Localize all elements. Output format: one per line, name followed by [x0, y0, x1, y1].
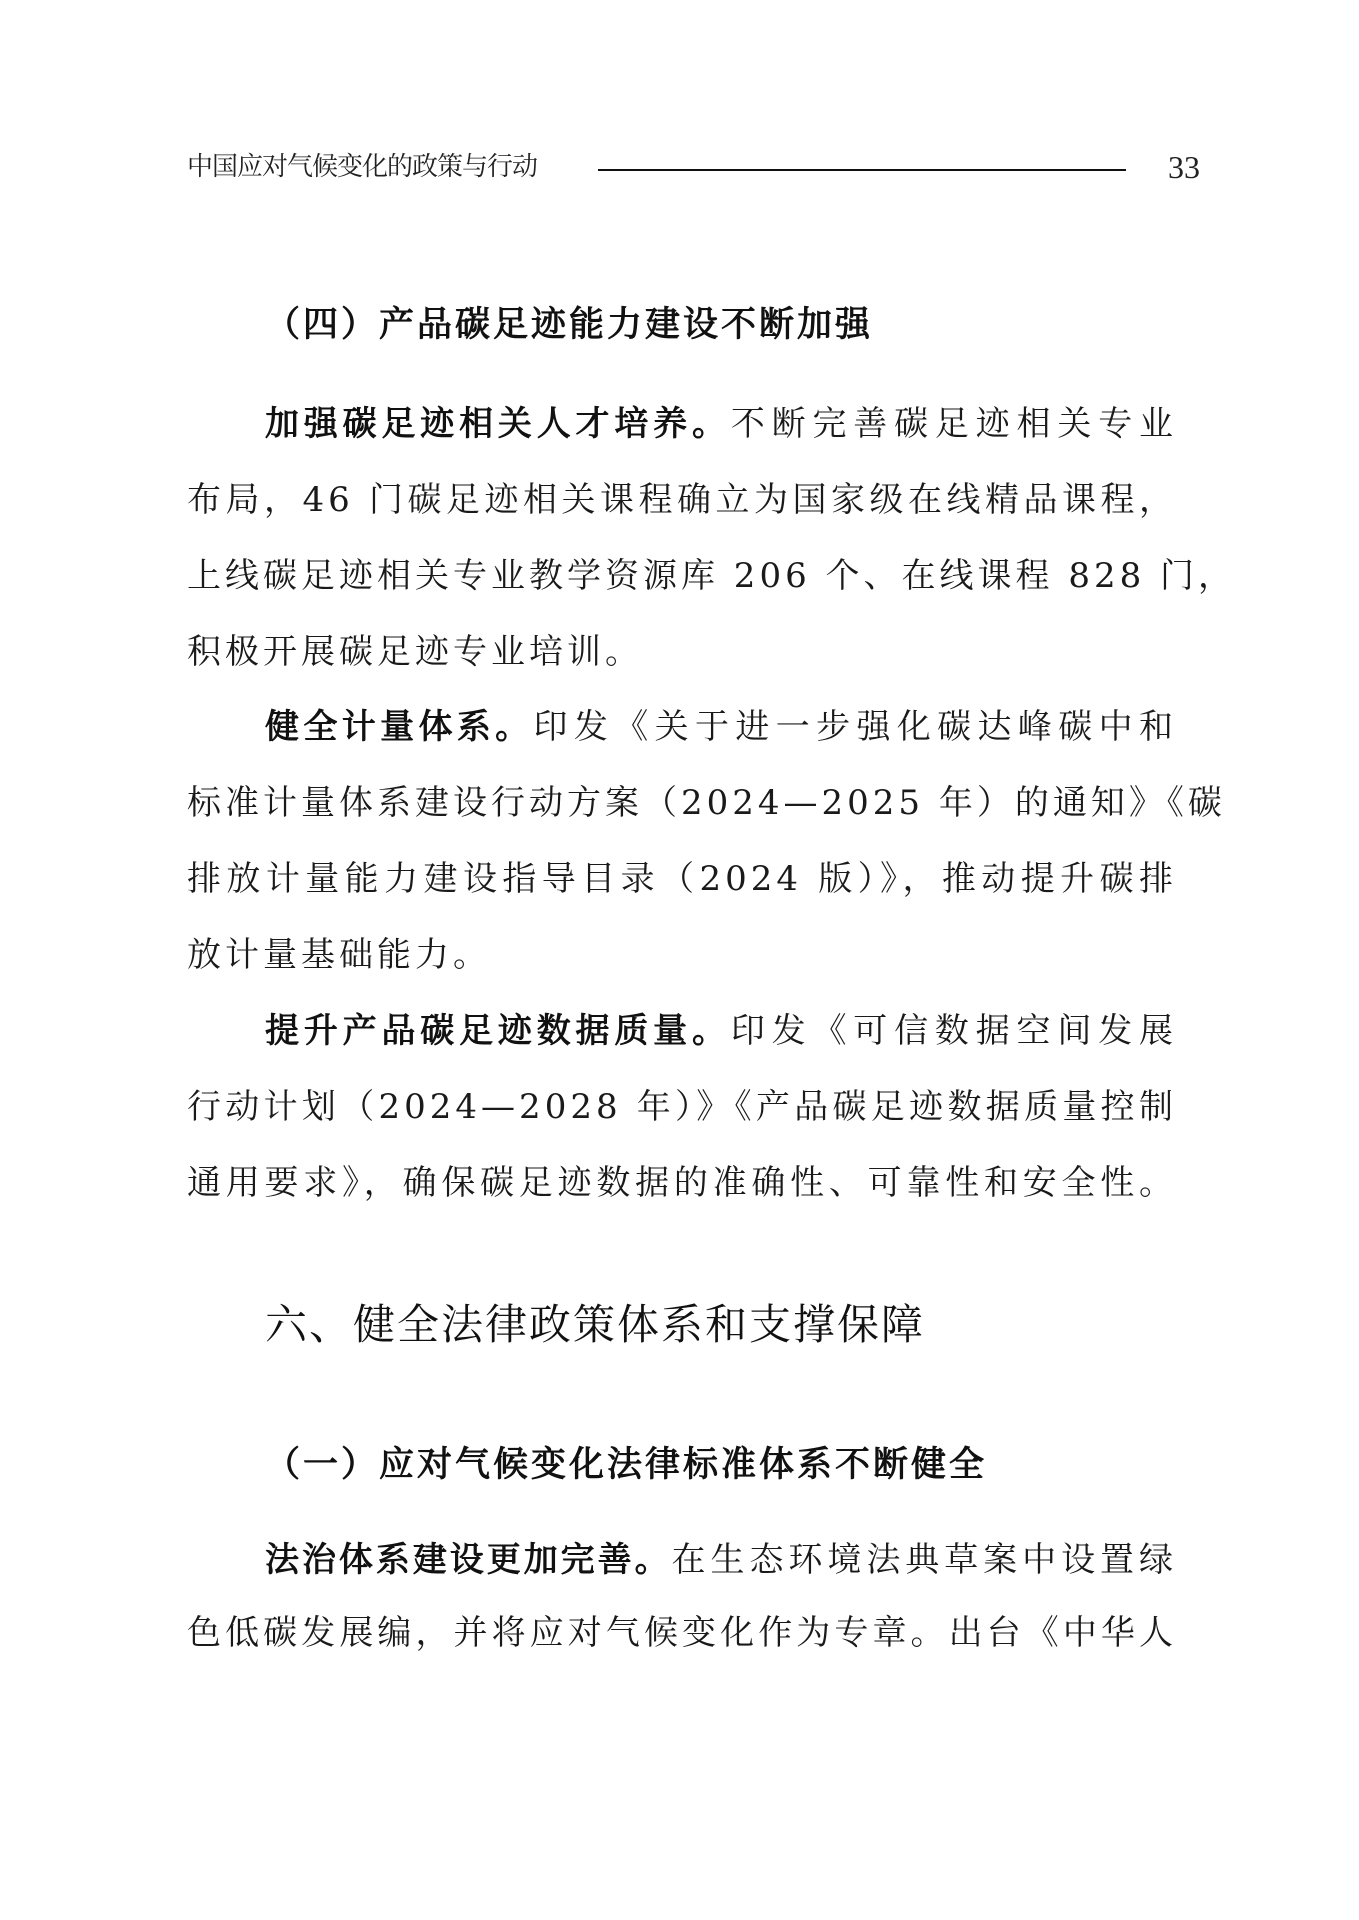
paragraph-line: 标准计量体系建设行动方案（2024—2025 年）的通知》《碳: [187, 778, 1177, 828]
paragraph-line: 通用要求》，确保碳足迹数据的准确性、可靠性和安全性。: [187, 1158, 1177, 1208]
paragraph-text: 不断完善碳足迹相关专业: [731, 404, 1177, 444]
paragraph-line: 法治体系建设更加完善。在生态环境法典草案中设置绿: [265, 1535, 1177, 1585]
section-heading-1: （一）应对气候变化法律标准体系不断健全: [265, 1440, 987, 1490]
paragraph-lead: 健全计量体系。: [265, 707, 534, 747]
paragraph-line: 加强碳足迹相关人才培养。不断完善碳足迹相关专业: [265, 399, 1177, 449]
paragraph-line: 上线碳足迹相关专业教学资源库 206 个、在线课程 828 门，: [187, 551, 1177, 601]
paragraph-text: 印发《关于进一步强化碳达峰碳中和: [534, 707, 1177, 747]
page-header: 中国应对气候变化的政策与行动 33: [0, 0, 1359, 200]
paragraph-lead: 提升产品碳足迹数据质量。: [265, 1011, 731, 1051]
paragraph-line: 提升产品碳足迹数据质量。印发《可信数据空间发展: [265, 1006, 1177, 1056]
paragraph-line: 行动计划（2024—2028 年）》《产品碳足迹数据质量控制: [187, 1082, 1177, 1132]
paragraph-line: 放计量基础能力。: [187, 930, 1177, 980]
paragraph-line: 色低碳发展编，并将应对气候变化作为专章。出台《中华人: [187, 1608, 1177, 1658]
paragraph-lead: 加强碳足迹相关人才培养。: [265, 404, 731, 444]
paragraph-line: 积极开展碳足迹专业培训。: [187, 627, 1177, 677]
running-title: 中国应对气候变化的政策与行动: [187, 151, 537, 183]
paragraph-text: 在生态环境法典草案中设置绿: [672, 1540, 1177, 1580]
paragraph-line: 布局，46 门碳足迹相关课程确立为国家级在线精品课程，: [187, 475, 1177, 525]
header-rule: [598, 169, 1126, 171]
page-number: 33: [1168, 149, 1200, 185]
paragraph-lead: 法治体系建设更加完善。: [265, 1540, 672, 1580]
chapter-heading-6: 六、健全法律政策体系和支撑保障: [265, 1295, 925, 1355]
section-heading-4: （四）产品碳足迹能力建设不断加强: [265, 300, 873, 350]
paragraph-line: 排放计量能力建设指导目录（2024 版）》，推动提升碳排: [187, 854, 1177, 904]
paragraph-text: 印发《可信数据空间发展: [731, 1011, 1177, 1051]
paragraph-line: 健全计量体系。印发《关于进一步强化碳达峰碳中和: [265, 702, 1177, 752]
